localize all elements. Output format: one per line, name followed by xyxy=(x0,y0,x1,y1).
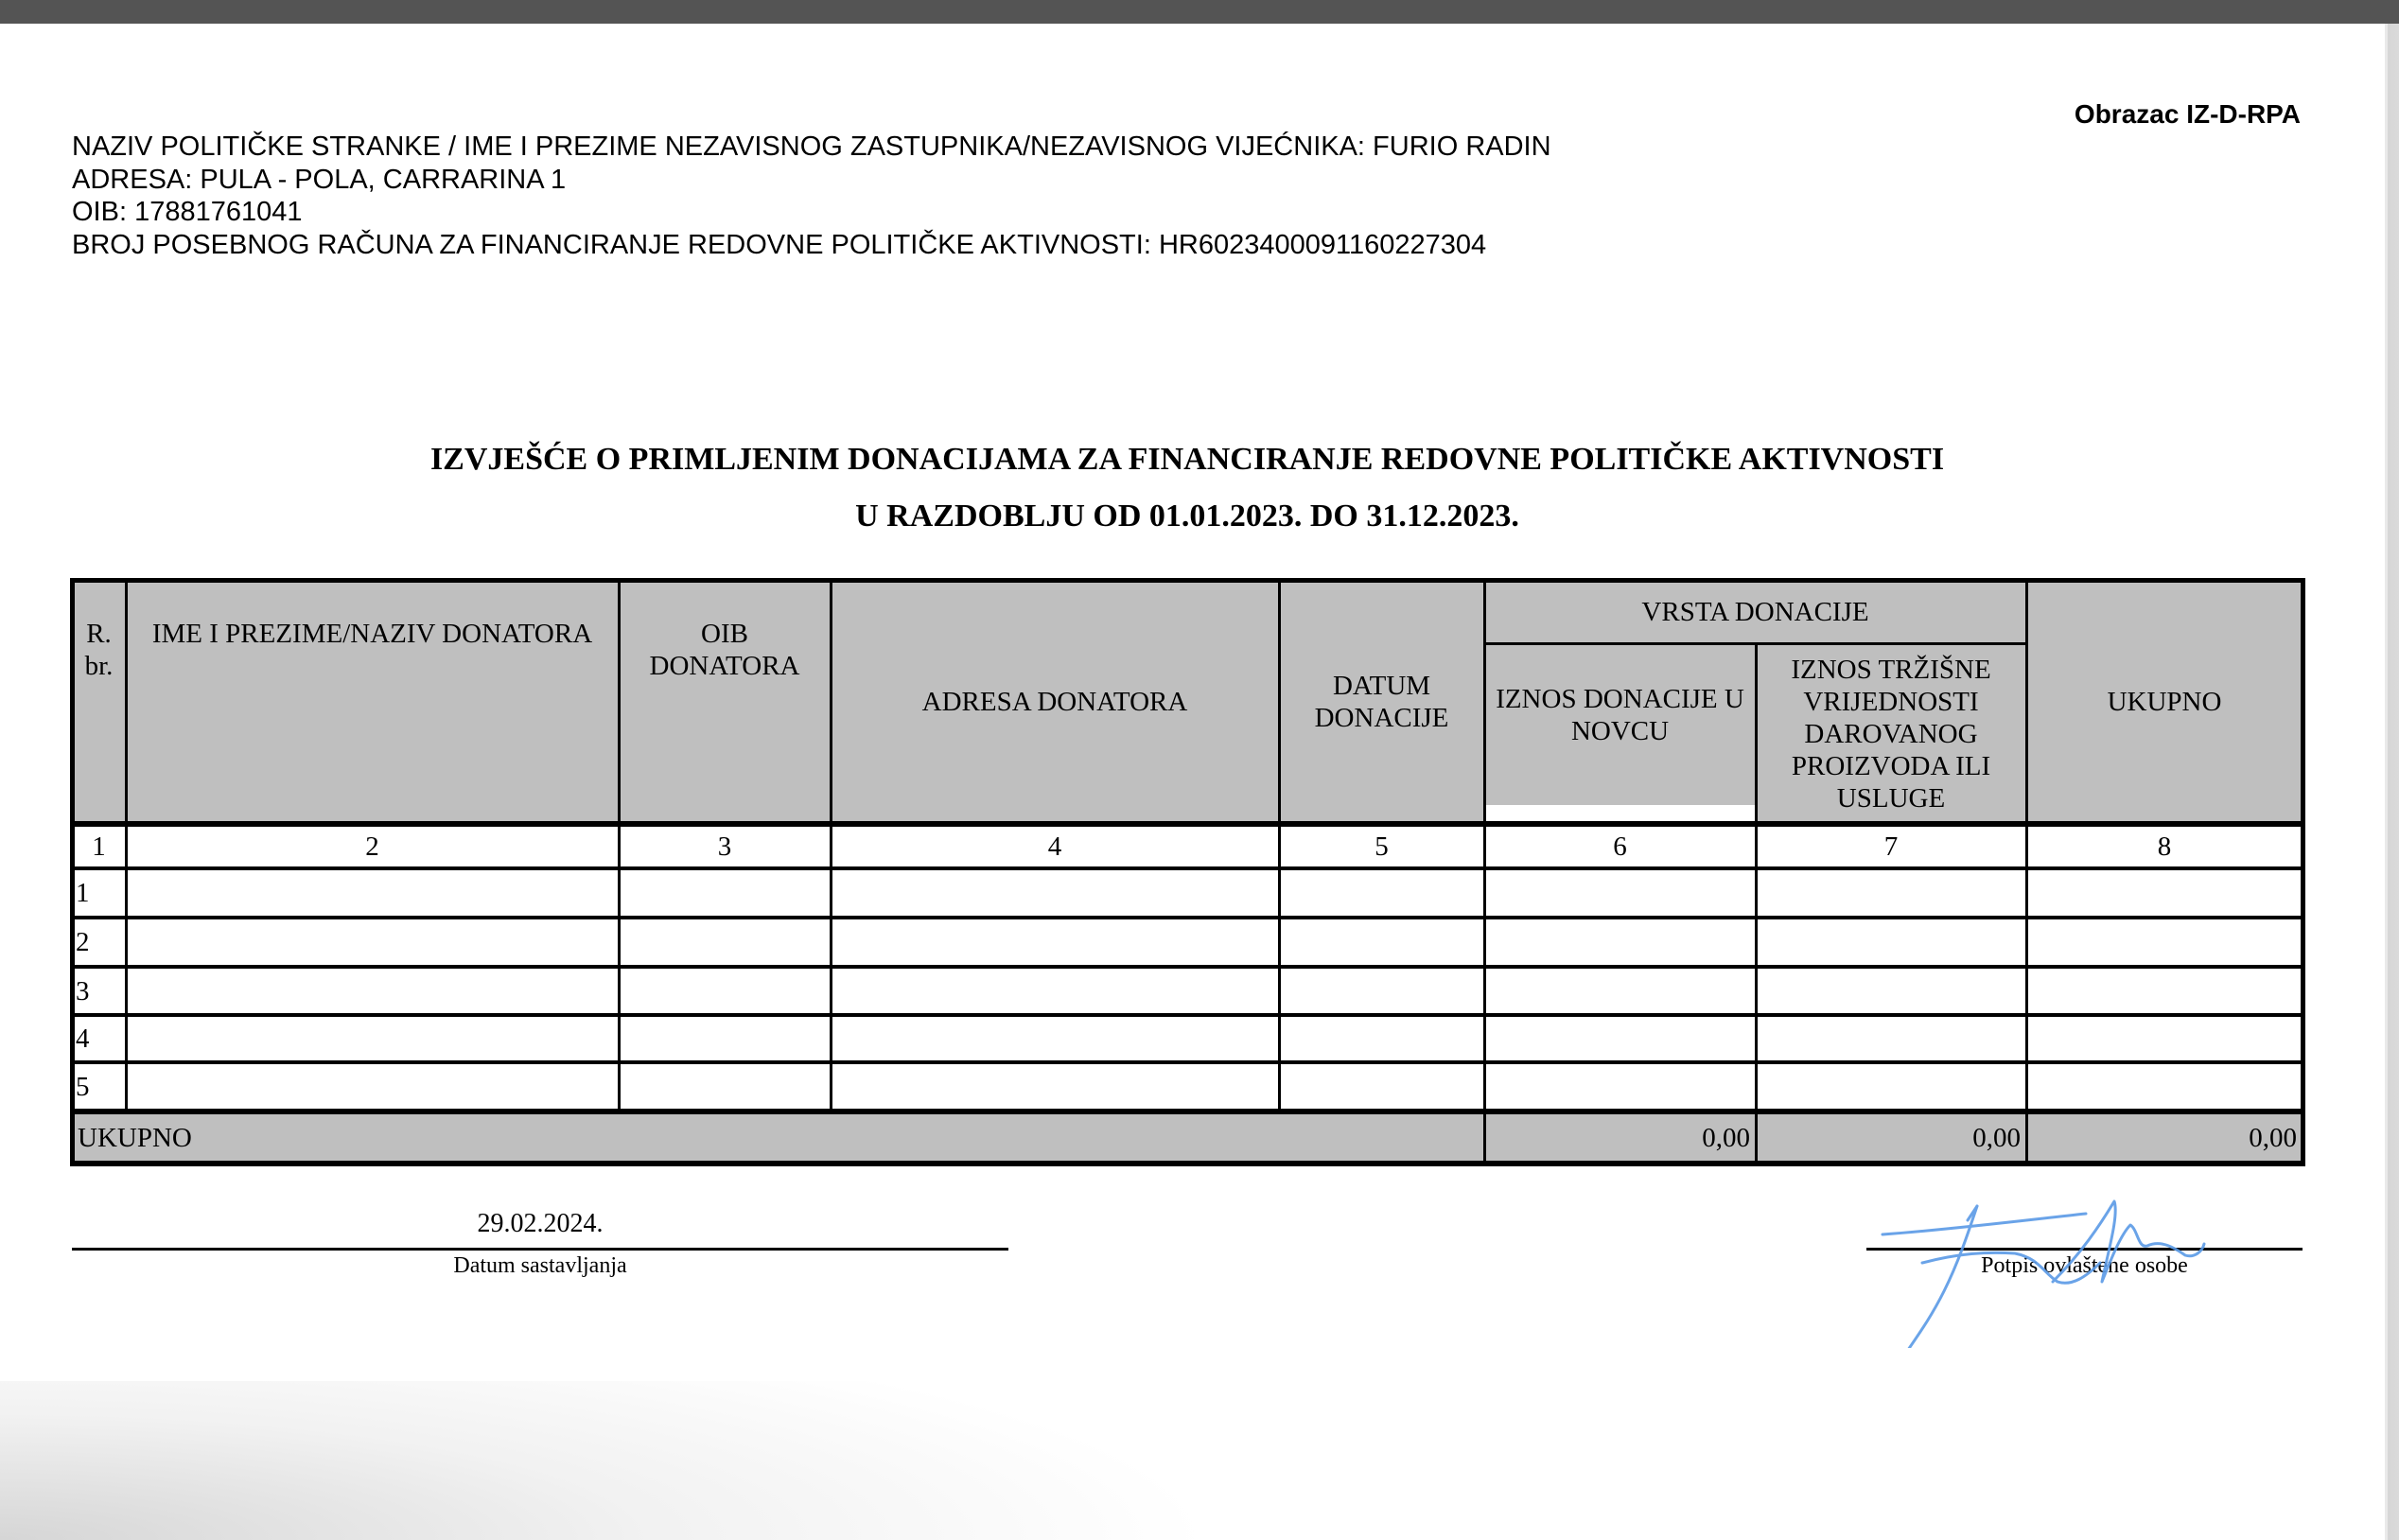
report-period: U RAZDOBLJU OD 01.01.2023. DO 31.12.2023… xyxy=(0,499,2374,534)
total-amount-cash-text: 0,00 xyxy=(1702,1122,1750,1154)
header-donor-name: IME I PREZIME/NAZIV DONATORA xyxy=(126,580,619,824)
row-number-text: 4 xyxy=(76,1023,90,1055)
table-cell-donor-name[interactable] xyxy=(126,967,619,1015)
table-rule xyxy=(72,1060,2303,1064)
header-donation-type-text: VRSTA DONACIJE xyxy=(1641,596,1868,628)
column-number-4: 4 xyxy=(831,824,1279,868)
header-amount-cash: IZNOS DONACIJE U NOVCU xyxy=(1484,624,1756,805)
table-cell-donor-address[interactable] xyxy=(831,868,1279,918)
column-number-5-text: 5 xyxy=(1375,831,1389,863)
table-cell-total[interactable] xyxy=(2026,868,2303,918)
table-cell-donor-address[interactable] xyxy=(831,967,1279,1015)
column-number-8-text: 8 xyxy=(2158,831,2172,863)
table-cell-donation-date[interactable] xyxy=(1279,1062,1484,1111)
table-cell-donor-name[interactable] xyxy=(126,868,619,918)
header-rbr: R. br. xyxy=(72,580,126,824)
header-donor-address: ADRESA DONATORA xyxy=(831,580,1279,824)
header-donation-date: DATUM DONACIJE xyxy=(1279,580,1484,824)
table-cell-donor-address[interactable] xyxy=(831,1015,1279,1062)
table-cell-amount-goods[interactable] xyxy=(1756,1015,2026,1062)
table-cell-amount-cash[interactable] xyxy=(1484,1062,1756,1111)
table-rule xyxy=(2301,578,2305,1166)
row-number-text: 1 xyxy=(76,877,90,909)
header-total: UKUPNO xyxy=(2026,580,2303,824)
column-number-7-text: 7 xyxy=(1884,831,1899,863)
date-signature-line xyxy=(72,1248,1008,1251)
scrollbar-track[interactable] xyxy=(2385,24,2399,1540)
address-line: ADRESA: PULA - POLA, CARRARINA 1 xyxy=(72,164,1551,197)
table-cell-amount-cash[interactable] xyxy=(1484,868,1756,918)
total-amount-goods: 0,00 xyxy=(1756,1111,2026,1164)
row-number-text: 3 xyxy=(76,975,90,1007)
column-number-3-text: 3 xyxy=(718,831,732,863)
compilation-date: 29.02.2024. xyxy=(72,1209,1008,1239)
header-donor-address-text: ADRESA DONATORA xyxy=(922,686,1188,718)
table-rule xyxy=(1755,643,1758,1164)
header-amount-cash-text: IZNOS DONACIJE U NOVCU xyxy=(1486,683,1754,747)
column-number-3: 3 xyxy=(619,824,831,868)
header-total-text: UKUPNO xyxy=(2108,686,2222,718)
table-cell-amount-cash[interactable] xyxy=(1484,918,1756,967)
column-number-7: 7 xyxy=(1756,824,2026,868)
row-number: 1 xyxy=(72,868,126,918)
table-cell-amount-goods[interactable] xyxy=(1756,967,2026,1015)
column-number-8: 8 xyxy=(2026,824,2303,868)
table-rule xyxy=(70,578,75,1166)
total-overall-text: 0,00 xyxy=(2249,1122,2297,1154)
column-number-1-text: 1 xyxy=(92,831,106,863)
row-number: 2 xyxy=(72,918,126,967)
header-donor-name-text: IME I PREZIME/NAZIV DONATORA xyxy=(152,618,592,650)
table-cell-donor-address[interactable] xyxy=(831,918,1279,967)
table-rule xyxy=(125,580,128,1111)
table-cell-total[interactable] xyxy=(2026,918,2303,967)
column-number-1: 1 xyxy=(72,824,126,868)
table-cell-donor-oib[interactable] xyxy=(619,918,831,967)
column-number-4-text: 4 xyxy=(1048,831,1062,863)
row-number-text: 2 xyxy=(76,926,90,958)
table-cell-donor-name[interactable] xyxy=(126,1062,619,1111)
table-rule xyxy=(2025,580,2028,1164)
column-number-5: 5 xyxy=(1279,824,1484,868)
table-rule xyxy=(1483,580,1486,1164)
table-cell-donor-oib[interactable] xyxy=(619,967,831,1015)
table-cell-amount-cash[interactable] xyxy=(1484,967,1756,1015)
total-label: UKUPNO xyxy=(72,1111,1484,1164)
header-donor-oib-text: OIB DONATORA xyxy=(638,618,812,682)
table-rule xyxy=(72,1161,2303,1166)
table-rule xyxy=(72,965,2303,969)
table-cell-donor-address[interactable] xyxy=(831,1062,1279,1111)
table-cell-amount-cash[interactable] xyxy=(1484,1015,1756,1062)
header-rbr-text: R. br. xyxy=(72,618,126,682)
row-number: 5 xyxy=(72,1062,126,1111)
table-rule xyxy=(72,916,2303,919)
total-label-text: UKUPNO xyxy=(78,1122,192,1154)
table-cell-donation-date[interactable] xyxy=(1279,918,1484,967)
viewer-toolbar xyxy=(0,0,2399,24)
column-number-2-text: 2 xyxy=(365,831,379,863)
table-cell-donor-name[interactable] xyxy=(126,918,619,967)
column-number-6-text: 6 xyxy=(1613,831,1627,863)
table-rule xyxy=(1278,580,1281,1111)
column-number-6: 6 xyxy=(1484,824,1756,868)
table-cell-amount-goods[interactable] xyxy=(1756,918,2026,967)
header-amount-goods-text: IZNOS TRŽIŠNE VRIJEDNOSTI DAROVANOG PROI… xyxy=(1775,654,2007,814)
submitter-info: NAZIV POLITIČKE STRANKE / IME I PREZIME … xyxy=(72,131,1551,261)
table-cell-total[interactable] xyxy=(2026,1015,2303,1062)
table-rule xyxy=(72,578,2303,583)
oib-line: OIB: 17881761041 xyxy=(72,196,1551,229)
header-amount-goods: IZNOS TRŽIŠNE VRIJEDNOSTI DAROVANOG PROI… xyxy=(1756,643,2026,824)
table-cell-amount-goods[interactable] xyxy=(1756,1062,2026,1111)
table-rule xyxy=(72,1013,2303,1017)
date-caption: Datum sastavljanja xyxy=(72,1253,1008,1279)
party-name-line: NAZIV POLITIČKE STRANKE / IME I PREZIME … xyxy=(72,131,1551,164)
table-rule xyxy=(830,580,832,1111)
table-cell-total[interactable] xyxy=(2026,1062,2303,1111)
document-page: Obrazac IZ-D-RPA NAZIV POLITIČKE STRANKE… xyxy=(0,24,2385,1540)
table-cell-donation-date[interactable] xyxy=(1279,868,1484,918)
table-cell-donor-oib[interactable] xyxy=(619,1062,831,1111)
report-title: IZVJEŠĆE O PRIMLJENIM DONACIJAMA ZA FINA… xyxy=(0,442,2374,478)
header-donation-date-text: DATUM DONACIJE xyxy=(1307,670,1456,734)
column-number-2: 2 xyxy=(126,824,619,868)
row-number-text: 5 xyxy=(76,1071,90,1103)
row-number: 3 xyxy=(72,967,126,1015)
total-amount-goods-text: 0,00 xyxy=(1972,1122,2021,1154)
table-cell-donation-date[interactable] xyxy=(1279,967,1484,1015)
table-rule xyxy=(72,1109,2303,1114)
table-rule xyxy=(72,866,2303,870)
total-overall: 0,00 xyxy=(2026,1111,2303,1164)
form-code: Obrazac IZ-D-RPA xyxy=(2015,99,2301,130)
account-line: BROJ POSEBNOG RAČUNA ZA FINANCIRANJE RED… xyxy=(72,229,1551,262)
table-cell-donor-name[interactable] xyxy=(126,1015,619,1062)
handwritten-signature-icon xyxy=(1864,1178,2242,1348)
table-cell-donor-oib[interactable] xyxy=(619,1015,831,1062)
table-rule xyxy=(618,580,621,1111)
table-cell-amount-goods[interactable] xyxy=(1756,868,2026,918)
table-cell-total[interactable] xyxy=(2026,967,2303,1015)
header-donor-oib: OIB DONATORA xyxy=(619,580,831,824)
table-cell-donor-oib[interactable] xyxy=(619,868,831,918)
table-cell-donation-date[interactable] xyxy=(1279,1015,1484,1062)
table-rule xyxy=(72,821,2303,827)
total-amount-cash: 0,00 xyxy=(1484,1111,1756,1164)
row-number: 4 xyxy=(72,1015,126,1062)
